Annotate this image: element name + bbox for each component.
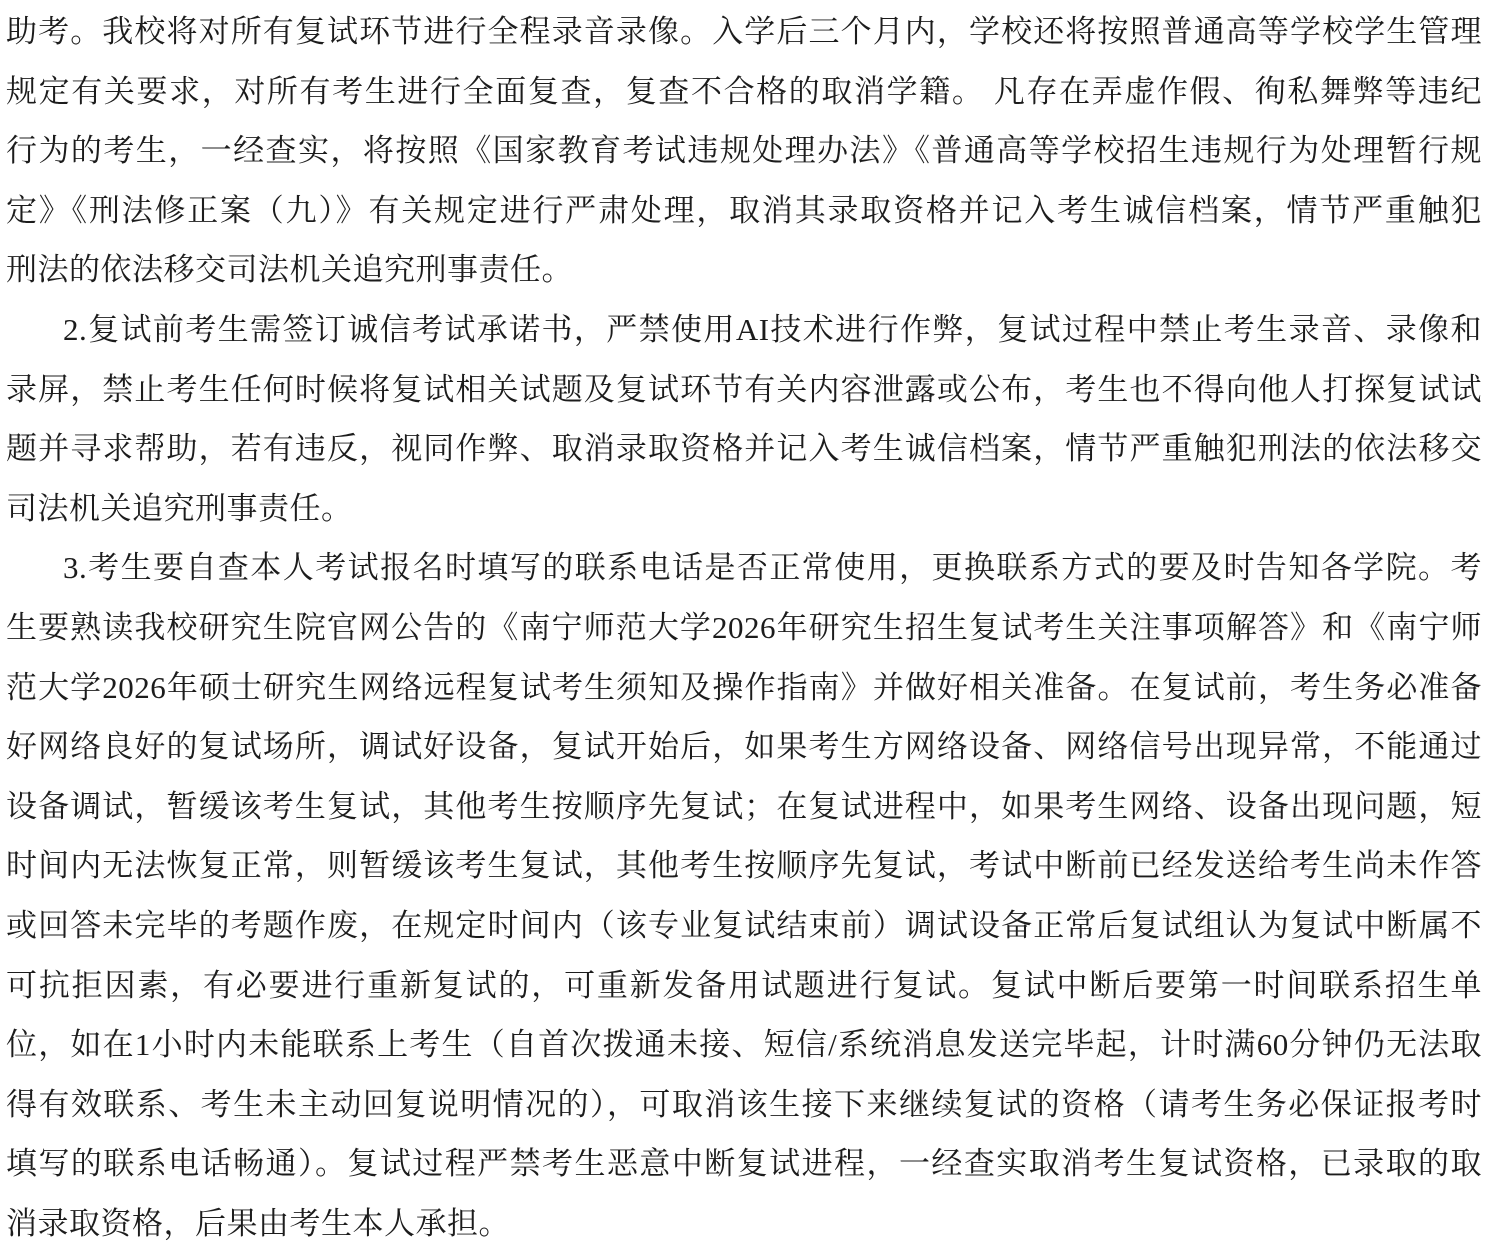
- text-line: 得有效联系、考生未主动回复说明情况的），可取消该生接下来继续复试的资格（请考生务…: [6, 1075, 1482, 1135]
- text-line: 或回答未完毕的考题作废，在规定时间内（该专业复试结束前）调试设备正常后复试组认为…: [6, 896, 1482, 956]
- text-line: 司法机关追究刑事责任。: [6, 479, 1482, 539]
- text-line: 题并寻求帮助，若有违反，视同作弊、取消录取资格并记入考生诚信档案，情节严重触犯刑…: [6, 419, 1482, 479]
- text-line: 定》《刑法修正案（九）》有关规定进行严肃处理，取消其录取资格并记入考生诚信档案，…: [6, 181, 1482, 241]
- text-line: 设备调试，暂缓该考生复试，其他考生按顺序先复试；在复试进程中，如果考生网络、设备…: [6, 777, 1482, 837]
- text-line: 消录取资格，后果由考生本人承担。: [6, 1194, 1482, 1254]
- document-page: 助考。我校将对所有复试环节进行全程录音录像。入学后三个月内，学校还将按照普通高等…: [0, 0, 1488, 1254]
- text-line: 位，如在1小时内未能联系上考生（自首次拨通未接、短信/系统消息发送完毕起，计时满…: [6, 1015, 1482, 1075]
- text-line: 2.复试前考生需签订诚信考试承诺书，严禁使用AI技术进行作弊，复试过程中禁止考生…: [6, 300, 1482, 360]
- text-line: 生要熟读我校研究生院官网公告的《南宁师范大学2026年研究生招生复试考生关注事项…: [6, 598, 1482, 658]
- text-line: 规定有关要求，对所有考生进行全面复查，复查不合格的取消学籍。 凡存在弄虚作假、徇…: [6, 62, 1482, 122]
- text-line: 可抗拒因素，有必要进行重新复试的，可重新发备用试题进行复试。复试中断后要第一时间…: [6, 956, 1482, 1016]
- text-line: 助考。我校将对所有复试环节进行全程录音录像。入学后三个月内，学校还将按照普通高等…: [6, 2, 1482, 62]
- text-line: 好网络良好的复试场所，调试好设备，复试开始后，如果考生方网络设备、网络信号出现异…: [6, 717, 1482, 777]
- text-line: 行为的考生，一经查实，将按照《国家教育考试违规处理办法》《普通高等学校招生违规行…: [6, 121, 1482, 181]
- text-line: 时间内无法恢复正常，则暂缓该考生复试，其他考生按顺序先复试，考试中断前已经发送给…: [6, 836, 1482, 896]
- text-line: 范大学2026年硕士研究生网络远程复试考生须知及操作指南》并做好相关准备。在复试…: [6, 658, 1482, 718]
- text-line: 刑法的依法移交司法机关追究刑事责任。: [6, 240, 1482, 300]
- text-line: 填写的联系电话畅通）。复试过程严禁考生恶意中断复试进程，一经查实取消考生复试资格…: [6, 1134, 1482, 1194]
- text-line: 录屏，禁止考生任何时候将复试相关试题及复试环节有关内容泄露或公布，考生也不得向他…: [6, 360, 1482, 420]
- document-body: 助考。我校将对所有复试环节进行全程录音录像。入学后三个月内，学校还将按照普通高等…: [6, 2, 1482, 1253]
- text-line: 3.考生要自查本人考试报名时填写的联系电话是否正常使用，更换联系方式的要及时告知…: [6, 538, 1482, 598]
